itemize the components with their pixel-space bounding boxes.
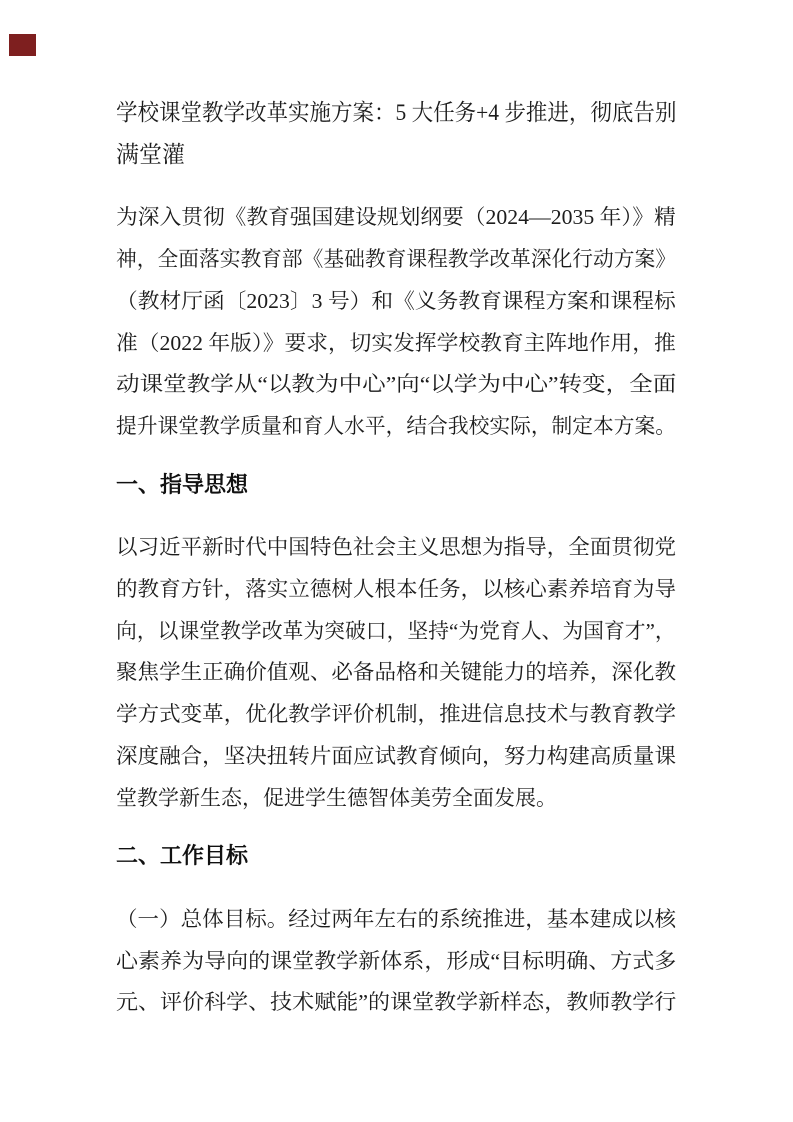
- text-line: 提升课堂教学质量和育人水平，结合我校实际，制定本方案。: [116, 406, 676, 448]
- document-title: 学校课堂教学改革实施方案：5 大任务+4 步推进，彻底告别 满堂灌: [116, 92, 676, 175]
- guiding-ideology-paragraph: 以习近平新时代中国特色社会主义思想为指导，全面贯彻党 的教育方针，落实立德树人根…: [116, 527, 676, 819]
- text-line: 堂教学新生态，促进学生德智体美劳全面发展。: [116, 778, 557, 820]
- text-line: 深度融合，坚决扭转片面应试教育倾向，努力构建高质量课: [116, 736, 676, 778]
- title-line: 学校课堂教学改革实施方案：5 大任务+4 步推进，彻底告别: [116, 92, 676, 134]
- text-line: 聚焦学生正确价值观、必备品格和关键能力的培养，深化教: [116, 652, 676, 694]
- text-line: 的教育方针，落实立德树人根本任务，以核心素养培育为导: [116, 569, 676, 611]
- text-line: 动课堂教学从“以教为中心”向“以学为中心”转变，全面: [116, 364, 676, 406]
- document-page: { "page": { "background": "#ffffff", "te…: [0, 0, 793, 1122]
- text-line: 准（2022 年版）》要求，切实发挥学校教育主阵地作用，推: [116, 323, 676, 365]
- text-line: 心素养为导向的课堂教学新体系，形成“目标明确、方式多: [116, 941, 676, 983]
- section-heading-guiding-ideology: 一、指导思想: [116, 464, 676, 506]
- text-line: 元、评价科学、技术赋能”的课堂教学新样态，教师教学行: [116, 982, 676, 1024]
- text-line: 学方式变革，优化教学评价机制，推进信息技术与教育教学: [116, 694, 676, 736]
- text-line: 向，以课堂教学改革为突破口，坚持“为党育人、为国育才”，: [116, 611, 676, 653]
- text-line: （教材厅函〔2023〕3 号）和《义务教育课程方案和课程标: [116, 281, 676, 323]
- text-line: 以习近平新时代中国特色社会主义思想为指导，全面贯彻党: [116, 527, 676, 569]
- red-corner-marker: [9, 34, 36, 56]
- text-line: 神，全面落实教育部《基础教育课程教学改革深化行动方案》: [116, 239, 676, 281]
- section-heading-work-goals: 二、工作目标: [116, 835, 676, 877]
- title-line: 满堂灌: [116, 134, 185, 176]
- text-line: （一）总体目标。经过两年左右的系统推进，基本建成以核: [116, 899, 676, 941]
- overall-goal-paragraph: （一）总体目标。经过两年左右的系统推进，基本建成以核 心素养为导向的课堂教学新体…: [116, 899, 676, 1024]
- intro-paragraph: 为深入贯彻《教育强国建设规划纲要（2024—2035 年）》精 神，全面落实教育…: [116, 197, 676, 447]
- text-line: 为深入贯彻《教育强国建设规划纲要（2024—2035 年）》精: [116, 197, 676, 239]
- document-body: 学校课堂教学改革实施方案：5 大任务+4 步推进，彻底告别 满堂灌 为深入贯彻《…: [116, 0, 676, 1024]
